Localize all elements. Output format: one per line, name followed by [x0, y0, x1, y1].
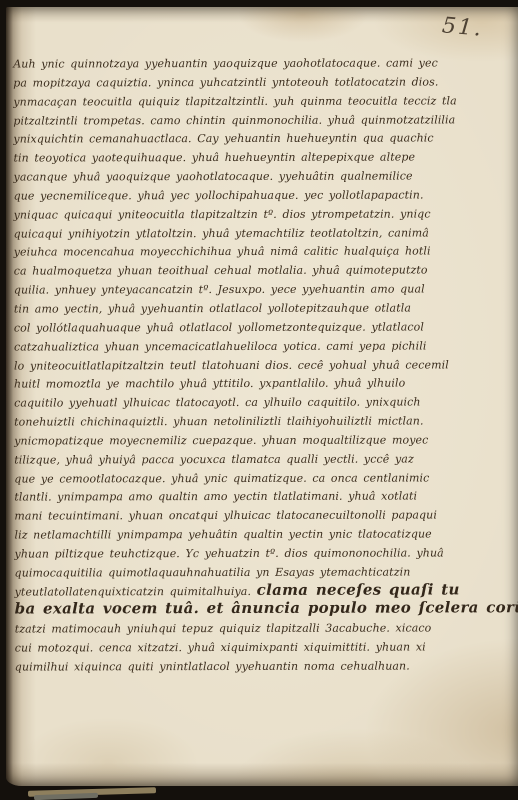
manuscript-text-segment: que yecnemiliceque. yhuâ yec yollochipah… — [14, 188, 424, 202]
manuscript-text-segment: quicaqui ynihiyotzin ytlatoltzin. yhuâ y… — [14, 226, 429, 240]
manuscript-text-segment: yeiuhca mocencahua moyecchichihua yhuâ n… — [14, 245, 431, 259]
manuscript-line: Auh ynic quinnotzaya yyehuantin yaoquizq… — [13, 52, 439, 72]
manuscript-text-segment: ynicmopatizque moyecnemiliz cuepazque. y… — [14, 433, 428, 447]
manuscript-page: 51. Auh ynic quinnotzaya yyehuantin yaoq… — [6, 7, 518, 786]
manuscript-line: que yecnemiliceque. yhuâ yec yollochipah… — [14, 184, 440, 204]
manuscript-line: yteutlatollatenquixticatzin quimitalhuiy… — [15, 580, 441, 600]
folio-number: 51. — [441, 15, 484, 40]
manuscript-line: mani tecuintimani. yhuan oncatqui ylhuic… — [14, 505, 440, 525]
manuscript-text-segment: pitzaltzintli trompetas. camo chintin qu… — [13, 113, 455, 127]
manuscript-line: lo yniteocuitlatlapitzaltzin teutl tlato… — [14, 354, 440, 374]
manuscript-text-segment: quimilhui xiquinca quiti ynintlatlacol y… — [15, 660, 410, 674]
manuscript-line: pitzaltzintli trompetas. camo chintin qu… — [13, 109, 439, 129]
manuscript-line: quilia. ynhuey ynteyacancatzin tº. Jesux… — [14, 279, 440, 299]
manuscript-text-segment: tlantli. ynimpampa amo qualtin amo yecti… — [14, 490, 417, 504]
manuscript-line: tilizque, yhuâ yhuiyâ pacca yocuxca tlam… — [14, 448, 440, 468]
manuscript-text-segment: tin amo yectin, yhuâ yyehuantin otlatlac… — [14, 301, 411, 315]
manuscript-text-segment: quimocaquitilia quimotlaquauhnahuatilia … — [15, 565, 411, 579]
manuscript-text-segment: tilizque, yhuâ yhuiyâ pacca yocuxca tlam… — [14, 452, 414, 466]
manuscript-line: pa mopitzaya caquiztia. yninca yuhcatzin… — [13, 71, 439, 91]
manuscript-line: yeiuhca mocencahua moyecchichihua yhuâ n… — [14, 241, 440, 261]
manuscript-line: caquitilo yyehuatl ylhuicac tlatocayotl.… — [14, 392, 440, 412]
manuscript-line: yacanque yhuâ yaoquizque yaohotlatocaque… — [13, 166, 439, 186]
manuscript-text-segment: liz netlamachtilli ynimpampa yehuâtin qu… — [14, 528, 431, 542]
manuscript-text-segment: tin teoyotica yaotequihuaque. yhuâ huehu… — [13, 151, 415, 165]
manuscript-text-segment: que ye cemootlatocazque. yhuâ ynic quima… — [14, 471, 429, 485]
manuscript-line: ynicmopatizque moyecnemiliz cuepazque. y… — [14, 429, 440, 449]
manuscript-text-segment: yniquac quicaqui yniteocuitla tlapitzalt… — [14, 207, 431, 221]
manuscript-line: huitl momoztla ye machtilo yhuâ yttitilo… — [14, 373, 440, 393]
manuscript-text-segment: tzatzi matimocauh yniuhqui tepuz quiquiz… — [15, 622, 432, 636]
manuscript-text-segment: yacanque yhuâ yaoquizque yaohotlatocaque… — [13, 170, 412, 184]
manuscript-text-segment: caquitilo yyehuatl ylhuicac tlatocayotl.… — [14, 396, 421, 410]
manuscript-line: catzahualiztica yhuan yncemacicatlahueli… — [14, 335, 440, 355]
manuscript-line: tin teoyotica yaotequihuaque. yhuâ huehu… — [13, 147, 439, 167]
manuscript-line: ca hualmoquetza yhuan teoithual cehual m… — [14, 260, 440, 280]
manuscript-line: tin amo yectin, yhuâ yyehuantin otlatlac… — [14, 297, 440, 317]
manuscript-line: quimilhui xiquinca quiti ynintlatlacol y… — [15, 655, 441, 675]
manuscript-line: quimocaquitilia quimotlaquauhnahuatilia … — [15, 561, 441, 581]
manuscript-line: tzatzi matimocauh yniuhqui tepuz quiquiz… — [15, 618, 441, 638]
manuscript-text-segment: col yollótlaquahuaque yhuâ otlatlacol yo… — [14, 320, 424, 334]
manuscript-line: ynixquichtin cemanahuactlaca. Cay yehuan… — [13, 128, 439, 148]
manuscript-line: que ye cemootlatocazque. yhuâ ynic quima… — [14, 467, 440, 487]
manuscript-line: tonehuiztli chichinaquiztli. yhuan netol… — [14, 410, 440, 430]
manuscript-text-segment: clama neceſes quaſi tu — [257, 580, 460, 599]
manuscript-text-segment: ynixquichtin cemanahuactlaca. Cay yehuan… — [13, 132, 433, 146]
manuscript-line: ynmacaçan teocuitla quiquiz tlapitzaltzi… — [13, 90, 439, 110]
manuscript-text-segment: ynmacaçan teocuitla quiquiz tlapitzaltzi… — [13, 94, 457, 108]
manuscript-text-block: Auh ynic quinnotzaya yyehuantin yaoquizq… — [13, 52, 441, 675]
manuscript-text-segment: yteutlatollatenquixticatzin quimitalhuiy… — [15, 585, 257, 599]
manuscript-text-segment: tonehuiztli chichinaquiztli. yhuan netol… — [14, 415, 423, 429]
manuscript-text-segment: catzahualiztica yhuan yncemacicatlahueli… — [14, 339, 427, 353]
manuscript-text-segment: huitl momoztla ye machtilo yhuâ yttitilo… — [14, 377, 405, 391]
manuscript-text-segment: lo yniteocuitlatlapitzaltzin teutl tlato… — [14, 358, 449, 372]
manuscript-text-segment: Auh ynic quinnotzaya yyehuantin yaoquizq… — [13, 56, 438, 70]
manuscript-line: ba exalta vocem tuâ. et ânuncia populo m… — [15, 599, 441, 619]
manuscript-text-segment: ba exalta vocem tuâ. et ânuncia populo m… — [15, 599, 518, 618]
manuscript-text-segment: cui motozqui. cenca xitzatzi. yhuâ xiqui… — [15, 641, 426, 655]
manuscript-text-segment: ca hualmoquetza yhuan teoithual cehual m… — [14, 264, 428, 278]
manuscript-line: quicaqui ynihiyotzin ytlatoltzin. yhuâ y… — [14, 222, 440, 242]
manuscript-text-segment: pa mopitzaya caquiztia. yninca yuhcatzin… — [13, 75, 438, 89]
manuscript-line: yhuan piltizque teuhctizque. Yc yehuatzi… — [14, 542, 440, 562]
manuscript-line: yniquac quicaqui yniteocuitla tlapitzalt… — [14, 203, 440, 223]
book-edge-sliver — [34, 793, 98, 800]
manuscript-line: cui motozqui. cenca xitzatzi. yhuâ xiqui… — [15, 637, 441, 657]
manuscript-line: col yollótlaquahuaque yhuâ otlatlacol yo… — [14, 316, 440, 336]
manuscript-text-segment: quilia. ynhuey ynteyacancatzin tº. Jesux… — [14, 283, 425, 297]
manuscript-photo: 51. Auh ynic quinnotzaya yyehuantin yaoq… — [0, 0, 518, 800]
manuscript-text-segment: mani tecuintimani. yhuan oncatqui ylhuic… — [14, 509, 437, 523]
manuscript-text-segment: yhuan piltizque teuhctizque. Yc yehuatzi… — [14, 546, 443, 560]
manuscript-line: tlantli. ynimpampa amo qualtin amo yecti… — [14, 486, 440, 506]
manuscript-line: liz netlamachtilli ynimpampa yehuâtin qu… — [14, 524, 440, 544]
